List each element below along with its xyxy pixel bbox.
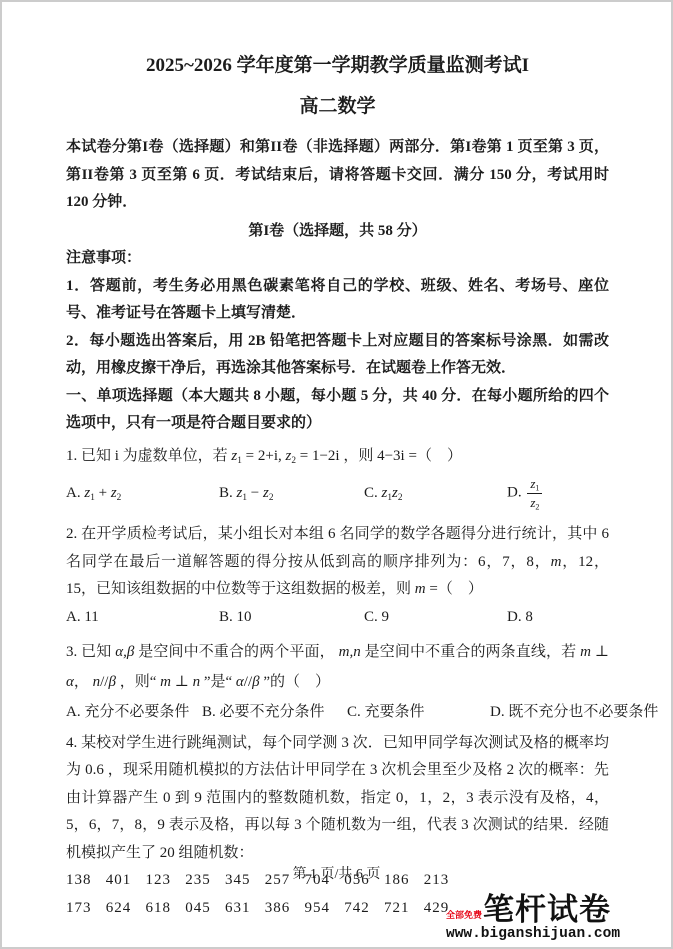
question-1-stem: 1. 已知 i 为虚数单位，若 z1 = 2+i, z2 = 1−2i ，则 4… <box>66 443 609 471</box>
q1-option-a: A. z1 + z2 <box>66 485 219 502</box>
q2-option-d: D. 8 <box>507 609 609 626</box>
note-2: 2．每小题选出答案后，用 2B 铅笔把答题卡上对应题目的答案标号涂黑．如需改动，… <box>66 328 609 383</box>
q3-option-b-value: 必要不充分条件 <box>220 704 325 720</box>
q2-option-c: C. 9 <box>364 609 507 626</box>
question-4-stem: 4. 某校对学生进行跳绳测试，每个同学测 3 次．已知甲同学每次测试及格的概率均… <box>66 730 609 868</box>
q3-option-c: C. 充要条件 <box>347 700 490 721</box>
exam-title: 2025~2026 学年度第一学期教学质量监测考试I <box>66 52 609 79</box>
q2-option-a-value: 11 <box>84 609 98 625</box>
q3-option-b-label: B. <box>202 704 216 720</box>
watermark-url: www.biganshijuan.com <box>446 926 661 943</box>
q3-option-a-value: 充分不必要条件 <box>84 704 189 720</box>
question-2-stem: 2. 在开学质检考试后，某小组长对本组 6 名同学的数学各题得分进行统计，其中 … <box>66 521 609 604</box>
notes-title: 注意事项： <box>66 245 609 273</box>
q2-option-a-label: A. <box>66 609 81 625</box>
q3-option-d: D. 既不充分也不必要条件 <box>490 700 658 721</box>
page-content: 2025~2026 学年度第一学期教学质量监测考试I 高二数学 本试卷分第I卷（… <box>2 2 671 922</box>
q3-option-b: B. 必要不充分条件 <box>202 700 347 721</box>
q1-option-c-label: C. <box>364 485 378 501</box>
note-1: 1．答题前，考生务必用黑色碳素笔将自己的学校、班级、姓名、考场号、座位号、准考证… <box>66 273 609 328</box>
watermark-brand-row: 全部免费 笔杆试卷 <box>446 894 661 927</box>
q3-option-d-value: 既不充分也不必要条件 <box>508 704 658 720</box>
publisher-watermark: 全部免费 笔杆试卷 www.biganshijuan.com <box>446 894 661 943</box>
q1-option-d-label: D. <box>507 484 522 500</box>
question-1-options: A. z1 + z2 B. z1 − z2 C. z1z2 D. z1z2 <box>66 470 609 516</box>
q1-option-b-label: B. <box>219 485 233 501</box>
q3-option-c-value: 充要条件 <box>365 704 425 720</box>
q3-option-c-label: C. <box>347 704 361 720</box>
q2-option-b-value: 10 <box>237 609 252 625</box>
q1-option-a-label: A. <box>66 485 81 501</box>
q1-option-a-value: z1 + z2 <box>84 485 121 501</box>
q1-option-c-value: z1z2 <box>382 485 403 501</box>
part1-header: 第I卷（选择题，共 58 分） <box>66 218 609 246</box>
exam-intro: 本试卷分第I卷（选择题）和第II卷（非选择题）两部分．第I卷第 1 页至第 3 … <box>66 134 609 217</box>
q3-option-d-label: D. <box>490 704 505 720</box>
q2-option-a: A. 11 <box>66 609 219 626</box>
q3-option-a-label: A. <box>66 704 81 720</box>
q3-option-a: A. 充分不必要条件 <box>66 700 202 721</box>
q2-option-b-label: B. <box>219 609 233 625</box>
section-one-header: 一、单项选择题（本大题共 8 小题，每小题 5 分，共 40 分．在每小题所给的… <box>66 383 609 438</box>
q1-option-d-value: z1z2 <box>525 484 542 500</box>
question-3-stem: 3. 已知 α,β 是空间中不重合的两个平面， m,n 是空间中不重合的两条直线… <box>66 637 609 697</box>
watermark-brand-name: 笔杆试卷 <box>483 894 611 927</box>
q2-option-c-label: C. <box>364 609 378 625</box>
q2-option-b: B. 10 <box>219 609 364 626</box>
question-3-options: A. 充分不必要条件 B. 必要不充分条件 C. 充要条件 D. 既不充分也不必… <box>66 697 609 725</box>
question-2-options: A. 11 B. 10 C. 9 D. 8 <box>66 604 609 632</box>
page-number: 第 1 页/共 6 页 <box>2 863 671 883</box>
watermark-free-badge: 全部免费 <box>446 911 482 920</box>
q1-option-d: D. z1z2 <box>507 476 609 510</box>
q2-option-c-value: 9 <box>382 609 390 625</box>
q1-option-b: B. z1 − z2 <box>219 485 364 502</box>
q2-option-d-label: D. <box>507 609 522 625</box>
q2-option-d-value: 8 <box>525 609 533 625</box>
exam-paper-page: 2025~2026 学年度第一学期教学质量监测考试I 高二数学 本试卷分第I卷（… <box>0 0 673 949</box>
q1-option-b-value: z1 − z2 <box>237 485 274 501</box>
q1-option-c: C. z1z2 <box>364 485 507 502</box>
exam-subject: 高二数学 <box>66 93 609 120</box>
